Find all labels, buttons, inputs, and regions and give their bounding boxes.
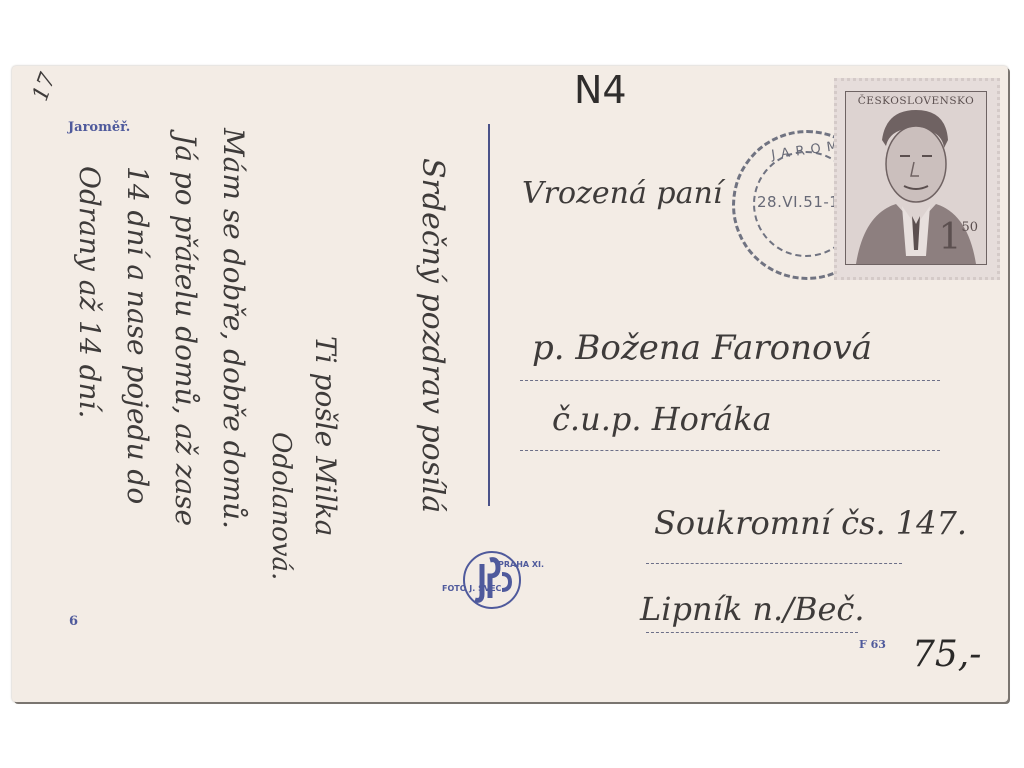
corner-number: 17	[28, 70, 61, 105]
address-rule-2	[520, 450, 940, 451]
stamp-value: 150	[939, 220, 978, 256]
address-line-3: Soukromní čs. 147.	[654, 504, 967, 542]
photographer-credit: FOTO J. SVEC	[442, 584, 501, 593]
message-line-5: Já po přátelu domů, až zase	[169, 134, 202, 526]
postcard: Jaroměř. 6 F 63 PRAHA XI. FOTO J. SVEC N…	[12, 66, 1008, 702]
message-line-7: Odrany až 14 dní.	[73, 166, 106, 418]
address-line-1: p. Božena Faronová	[532, 328, 872, 368]
address-salutation: Vrozená paní	[522, 176, 722, 211]
message-line-4: Mám se dobře, dobře domů.	[217, 128, 250, 529]
top-code: N4	[574, 68, 627, 112]
center-divider	[488, 124, 490, 506]
address-rule-1	[520, 380, 940, 381]
address-rule-3	[646, 563, 902, 564]
publisher-logo	[458, 544, 528, 614]
stamp-frame: ČESKOSLOVENSKO 150	[845, 91, 987, 265]
price: 75,-	[912, 634, 981, 675]
picture-number: 6	[69, 614, 78, 629]
place-caption: Jaroměř.	[68, 120, 130, 135]
address-line-2: č.u.p. Horáka	[552, 400, 772, 438]
publisher-city: PRAHA XI.	[498, 560, 544, 569]
message-line-2: Ti pošle Milka	[309, 336, 342, 536]
message-line-1: Srdečný pozdrav posílá	[415, 158, 450, 513]
message-line-6: 14 dní a nase pojedu do	[121, 166, 154, 504]
publisher-emblem-icon	[458, 544, 528, 614]
postage-stamp: ČESKOSLOVENSKO 150	[834, 78, 1000, 280]
address-line-4: Lipník n./Beč.	[640, 590, 864, 628]
series-code: F 63	[859, 638, 886, 651]
stamp-value-minor: 50	[961, 220, 978, 235]
address-rule-4	[646, 632, 858, 633]
stamp-value-major: 1	[939, 217, 962, 258]
message-line-3: Odolanová.	[266, 432, 296, 580]
